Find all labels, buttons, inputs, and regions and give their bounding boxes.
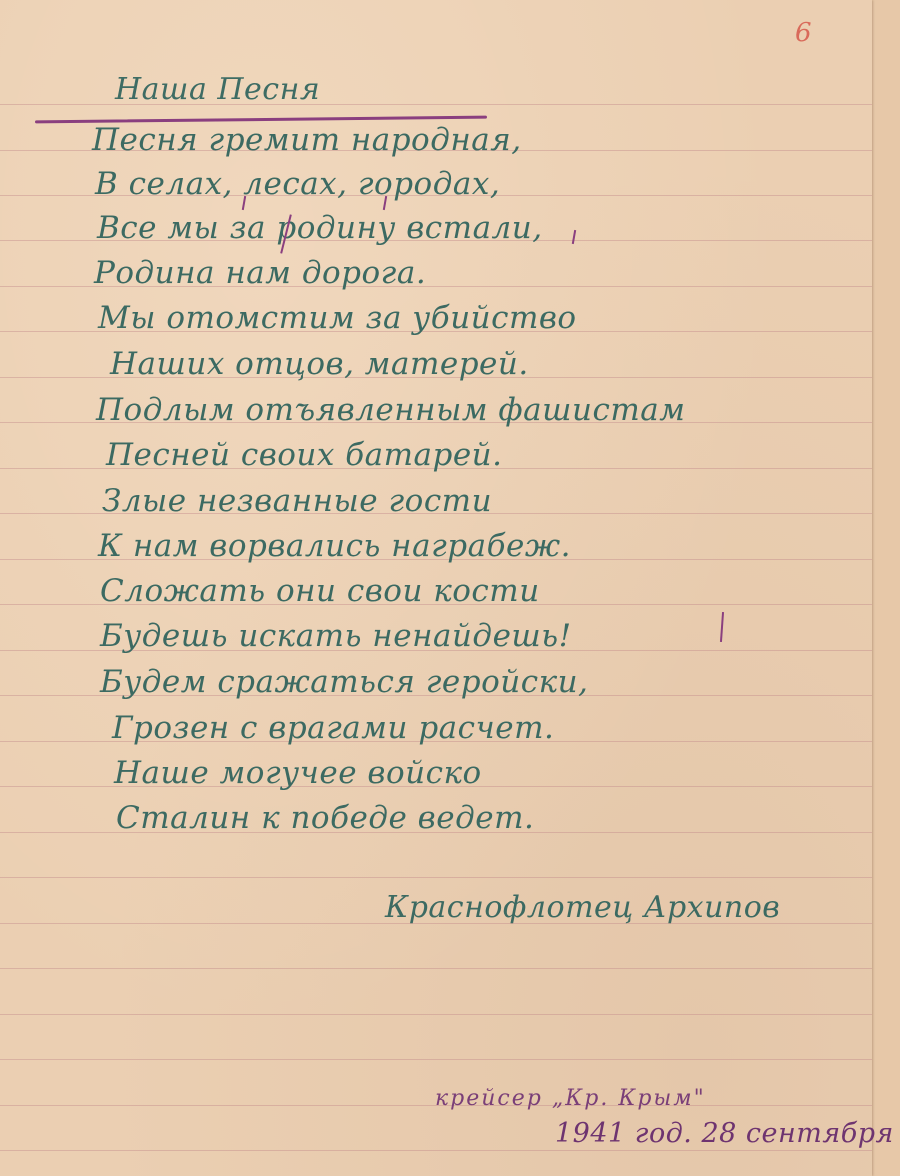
- date-line: 1941 год. 28 сентября: [555, 1118, 894, 1149]
- poem-line-12: Будешь искать ненайдешь!: [100, 618, 572, 654]
- poem-line-7: Подлым отъявленным фашистам: [96, 392, 685, 428]
- ruled-line: [0, 877, 872, 878]
- poem-title: Наша Песня: [115, 72, 320, 107]
- exclamation-mark: [720, 612, 724, 642]
- poem-line-10: К нам ворвались награбеж.: [98, 528, 571, 564]
- poem-line-15: Наше могучее войско: [114, 755, 482, 791]
- adjacent-page-edge: [872, 0, 900, 1176]
- poem-line-13: Будем сражаться геройски,: [100, 664, 588, 700]
- poem-line-14: Грозен с врагами расчет.: [112, 710, 554, 746]
- ruled-line: [0, 1150, 872, 1151]
- poem-line-8: Песней своих батарей.: [106, 437, 503, 473]
- page-number: 6: [795, 18, 812, 48]
- poem-line-4: Родина нам дорога.: [94, 255, 426, 291]
- ruled-line: [0, 1059, 872, 1060]
- manuscript-page: 6 Наша Песня Песня гремит народная, В се…: [0, 0, 872, 1176]
- poem-line-16: Сталин к победе ведет.: [116, 800, 534, 836]
- comma-mark: [572, 230, 576, 244]
- signature: Краснофлотец Архипов: [385, 890, 780, 925]
- poem-line-2: В селах, лесах, городах,: [95, 166, 500, 202]
- poem-line-9: Злые незванные гости: [102, 483, 492, 519]
- poem-line-5: Мы отомстим за убийство: [98, 300, 577, 336]
- poem-line-3: Все мы за родину встали,: [97, 210, 543, 246]
- ruled-line: [0, 968, 872, 969]
- ruled-line: [0, 1014, 872, 1015]
- poem-line-6: Наших отцов, матерей.: [110, 346, 529, 382]
- ship-name: крейсер „Кр. Крым": [435, 1086, 706, 1111]
- poem-line-11: Сложать они свои кости: [100, 573, 540, 609]
- poem-line-1: Песня гремит народная,: [92, 122, 522, 158]
